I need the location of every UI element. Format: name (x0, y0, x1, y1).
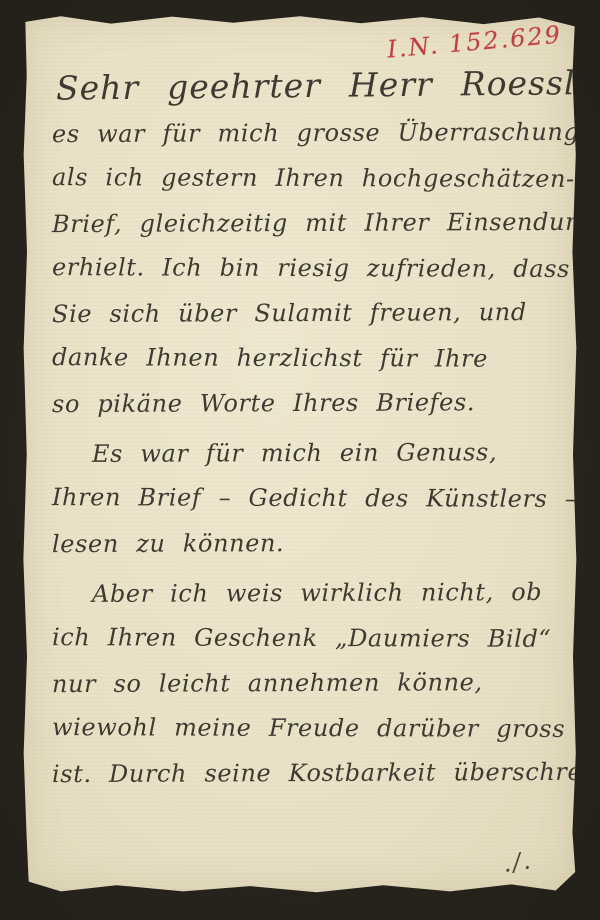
letter-line: ich Ihren Geschenk „Daumiers Bild“ (52, 615, 560, 662)
salutation: Sehr geehrter Herr Roessler, (56, 63, 560, 107)
letter-line: es war für mich grosse Überraschung, (52, 110, 560, 157)
letter-line: danke Ihnen herzlichst für Ihre (52, 335, 560, 382)
inventory-number: I.N. 152.629 (386, 20, 563, 63)
letter-line: erhielt. Ich bin riesig zufrieden, dass (52, 245, 560, 292)
letter-paper: I.N. 152.629 Sehr geehrter Herr Roessler… (22, 14, 578, 894)
scan-background: I.N. 152.629 Sehr geehrter Herr Roessler… (0, 0, 600, 920)
letter-line: Ihren Brief – Gedicht des Künstlers – (52, 475, 560, 522)
letter-line: nur so leicht annehmen könne, (52, 660, 560, 707)
letter-body: Sehr geehrter Herr Roessler, es war für … (52, 66, 560, 796)
letter-line: lesen zu können. (52, 520, 560, 567)
letter-line: als ich gestern Ihren hochgeschätzen- (52, 155, 560, 202)
paragraph-2: Es war für mich ein Genuss, Ihren Brief … (52, 431, 560, 566)
letter-line: Es war für mich ein Genuss, (52, 430, 560, 477)
paragraph-1: es war für mich grosse Überraschung, als… (52, 111, 560, 426)
letter-line: Sie sich über Sulamit freuen, und (52, 290, 560, 337)
paragraph-3: Aber ich weis wirklich nicht, ob ich Ihr… (52, 571, 560, 796)
letter-line: Brief, gleichzeitig mit Ihrer Einsendung (52, 200, 560, 247)
letter-line: ist. Durch seine Kostbarkeit überschreit… (52, 750, 560, 797)
letter-line: Aber ich weis wirklich nicht, ob (52, 570, 560, 617)
letter-line: so pikäne Worte Ihres Briefes. (52, 380, 560, 427)
letter-line: wiewohl meine Freude darüber gross (52, 705, 560, 752)
continuation-mark: ./. (501, 846, 534, 878)
